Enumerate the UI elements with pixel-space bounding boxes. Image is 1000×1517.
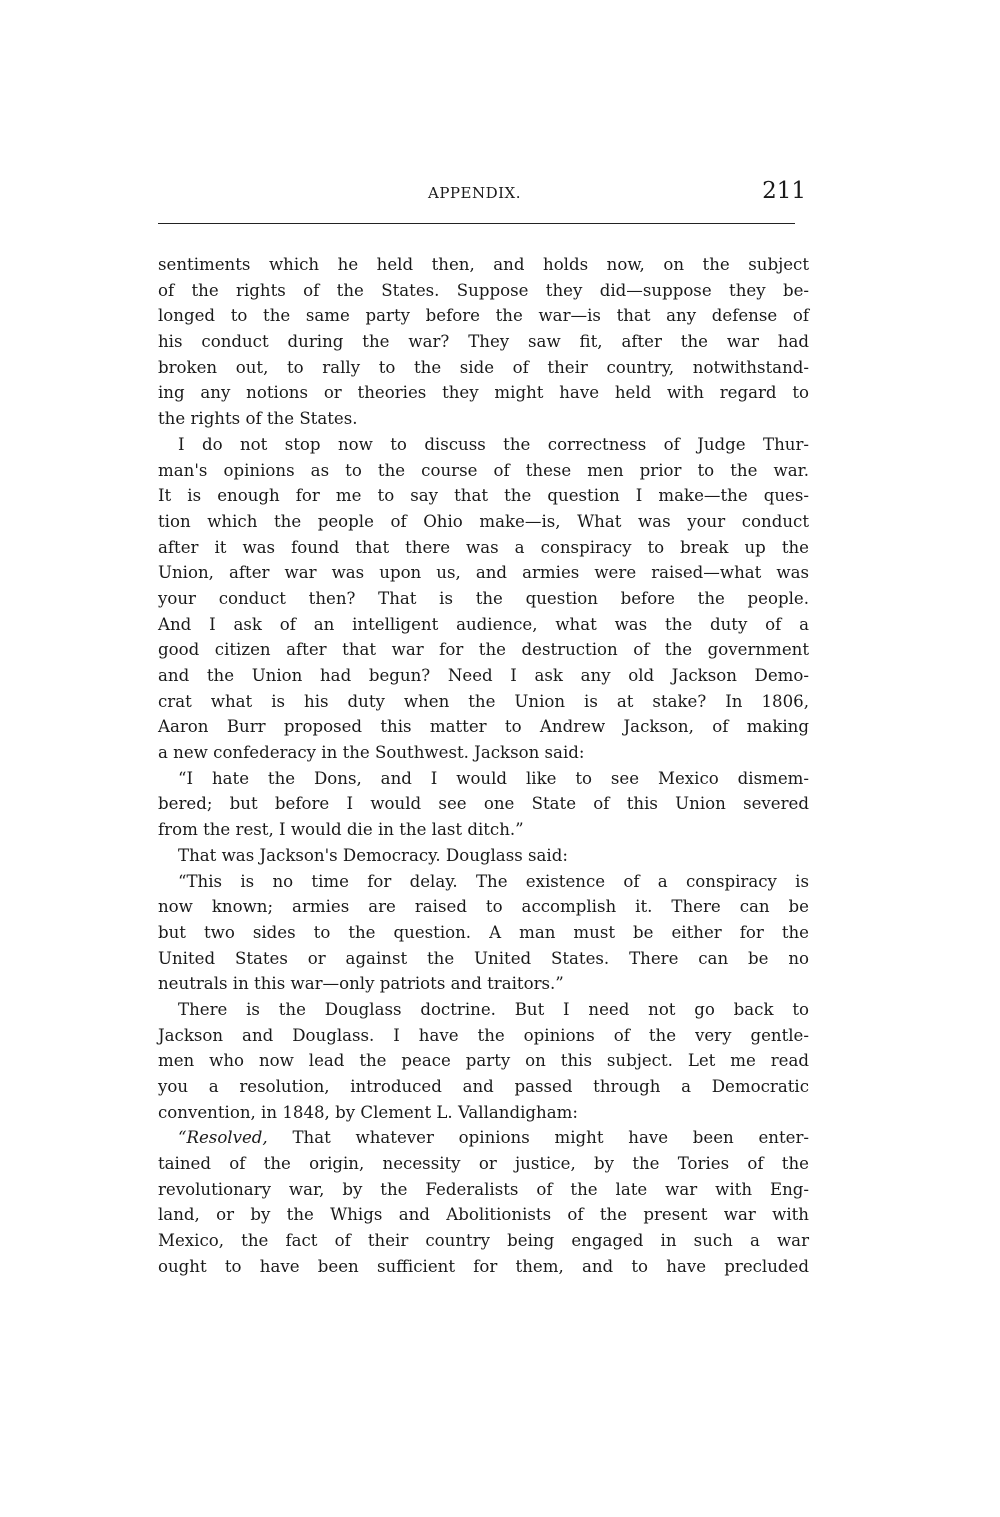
- text-line: ing any notions or theories they might h…: [158, 380, 809, 406]
- text-line: That was Jackson's Democracy. Douglass s…: [158, 843, 809, 869]
- text-line: There is the Douglass doctrine. But I ne…: [158, 997, 809, 1023]
- resolution-text: That whatever opinions might have been e…: [292, 1128, 809, 1147]
- text-line: It is enough for me to say that the ques…: [158, 483, 809, 509]
- text-line: I do not stop now to discuss the correct…: [158, 432, 809, 458]
- resolution-line: tained of the origin, necessity or justi…: [158, 1151, 809, 1177]
- text-line: after it was found that there was a cons…: [158, 535, 809, 561]
- text-line: men who now lead the peace party on this…: [158, 1048, 809, 1074]
- text-line: And I ask of an intelligent audience, wh…: [158, 612, 809, 638]
- quote-line: from the rest, I would die in the last d…: [158, 817, 809, 843]
- quote-line: bered; but before I would see one State …: [158, 791, 809, 817]
- text-line: and the Union had begun? Need I ask any …: [158, 663, 809, 689]
- text-line: good citizen after that war for the dest…: [158, 637, 809, 663]
- running-head: APPENDIX. 211: [158, 178, 808, 208]
- running-head-title: APPENDIX.: [428, 184, 521, 202]
- quote-line: “This is no time for delay. The existenc…: [158, 869, 809, 895]
- text-line: your conduct then? That is the question …: [158, 586, 809, 612]
- page-number: 211: [762, 178, 806, 204]
- text-line: longed to the same party before the war—…: [158, 303, 809, 329]
- text-line: sentiments which he held then, and holds…: [158, 252, 809, 278]
- text-line: Aaron Burr proposed this matter to Andre…: [158, 714, 809, 740]
- resolution-line: ought to have been sufficient for them, …: [158, 1254, 809, 1280]
- text-line: tion which the people of Ohio make—is, W…: [158, 509, 809, 535]
- text-line: his conduct during the war? They saw fit…: [158, 329, 809, 355]
- resolution-line: land, or by the Whigs and Abolitionists …: [158, 1202, 809, 1228]
- resolved-word: “Resolved,: [178, 1128, 268, 1147]
- text-line: you a resolution, introduced and passed …: [158, 1074, 809, 1100]
- resolution-line: Mexico, the fact of their country being …: [158, 1228, 809, 1254]
- text-line: Union, after war was upon us, and armies…: [158, 560, 809, 586]
- quote-line: now known; armies are raised to accompli…: [158, 894, 809, 920]
- header-rule: [158, 223, 795, 224]
- text-line: a new confederacy in the Southwest. Jack…: [158, 740, 809, 766]
- resolution-line: revolutionary war, by the Federalists of…: [158, 1177, 809, 1203]
- quote-line: but two sides to the question. A man mus…: [158, 920, 809, 946]
- text-line: broken out, to rally to the side of thei…: [158, 355, 809, 381]
- text-line: the rights of the States.: [158, 406, 809, 432]
- text-line: Jackson and Douglass. I have the opinion…: [158, 1023, 809, 1049]
- quote-line: neutrals in this war—only patriots and t…: [158, 971, 809, 997]
- book-page: APPENDIX. 211 sentiments which he held t…: [0, 0, 1000, 1517]
- resolution-line: “Resolved, That whatever opinions might …: [158, 1125, 809, 1151]
- quote-line: “I hate the Dons, and I would like to se…: [158, 766, 809, 792]
- text-line: crat what is his duty when the Union is …: [158, 689, 809, 715]
- text-line: of the rights of the States. Suppose the…: [158, 278, 809, 304]
- quote-line: United States or against the United Stat…: [158, 946, 809, 972]
- text-line: convention, in 1848, by Clement L. Valla…: [158, 1100, 809, 1126]
- body-text: sentiments which he held then, and holds…: [158, 252, 809, 1280]
- text-line: man's opinions as to the course of these…: [158, 458, 809, 484]
